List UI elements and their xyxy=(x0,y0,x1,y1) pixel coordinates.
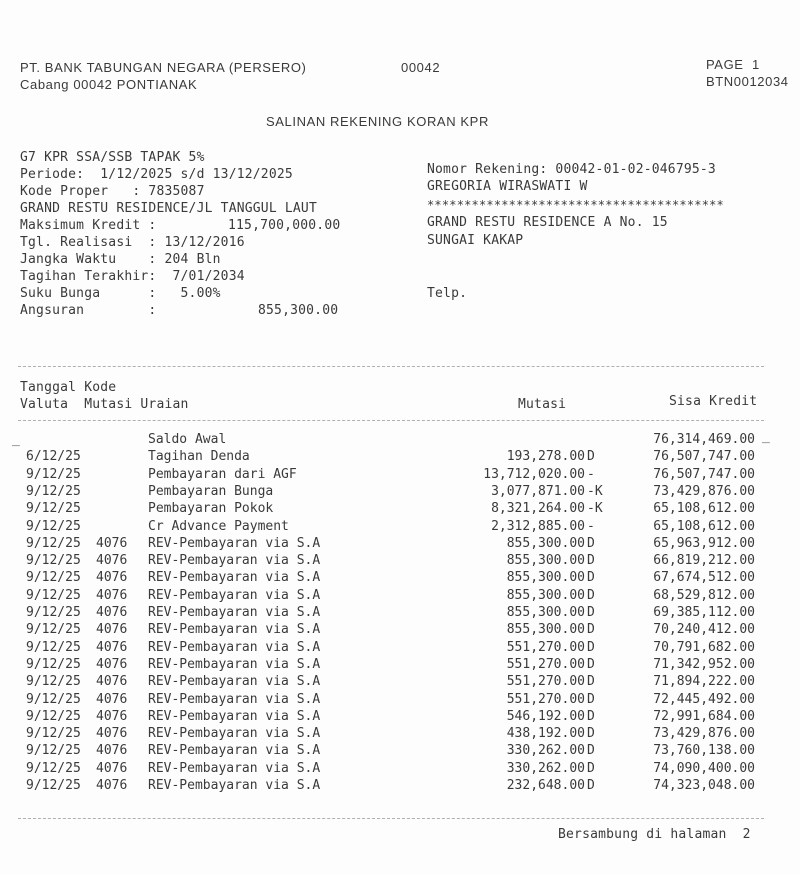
table-row: 9/12/25Pembayaran Pokok8,321,264.00-K65,… xyxy=(0,500,800,517)
transaction-date: 9/12/25 xyxy=(26,742,81,759)
remaining-balance: 74,090,400.00 xyxy=(653,760,755,777)
mutation-code: 4076 xyxy=(96,691,127,708)
mutation-code: 4076 xyxy=(96,639,127,656)
table-row: 9/12/254076REV-Pembayaran via S.A438,192… xyxy=(0,725,800,742)
transaction-description: REV-Pembayaran via S.A xyxy=(148,604,320,621)
page-number: PAGE 1 xyxy=(706,57,760,73)
mutation-flag: D xyxy=(587,656,595,673)
table-row: 9/12/254076REV-Pembayaran via S.A551,270… xyxy=(0,691,800,708)
mutation-flag: D xyxy=(587,569,595,586)
mutation-amount: 193,278.00 xyxy=(507,448,585,465)
transaction-date: 9/12/25 xyxy=(26,760,81,777)
remaining-balance: 65,108,612.00 xyxy=(653,518,755,535)
transaction-description: REV-Pembayaran via S.A xyxy=(148,621,320,638)
mutation-code: 4076 xyxy=(96,569,127,586)
table-row: 9/12/254076REV-Pembayaran via S.A330,262… xyxy=(0,742,800,759)
mutation-amount: 551,270.00 xyxy=(507,639,585,656)
branch-code: 00042 xyxy=(401,60,440,76)
mutation-amount: 855,300.00 xyxy=(507,621,585,638)
column-header-line1: Tanggal Kode xyxy=(20,380,116,396)
mutation-flag: -K xyxy=(587,483,603,500)
table-row: Saldo Awal76,314,469.00 xyxy=(0,431,800,448)
transaction-description: REV-Pembayaran via S.A xyxy=(148,673,320,690)
transaction-description: Pembayaran Pokok xyxy=(148,500,273,517)
bank-name: PT. BANK TABUNGAN NEGARA (PERSERO) xyxy=(20,60,306,76)
interest-rate: Suku Bunga : 5.00% xyxy=(20,286,221,302)
table-row: 9/12/254076REV-Pembayaran via S.A855,300… xyxy=(0,587,800,604)
remaining-balance: 67,674,512.00 xyxy=(653,569,755,586)
transaction-description: REV-Pembayaran via S.A xyxy=(148,639,320,656)
transaction-date: 9/12/25 xyxy=(26,535,81,552)
remaining-balance: 72,445,492.00 xyxy=(653,691,755,708)
address-line-1: GRAND RESTU RESIDENCE A No. 15 xyxy=(427,215,668,231)
column-header-line2: Valuta Mutasi Uraian xyxy=(20,397,189,413)
mutation-flag: -K xyxy=(587,500,603,517)
transaction-description: Pembayaran dari AGF xyxy=(148,466,297,483)
mutation-amount: 330,262.00 xyxy=(507,760,585,777)
transaction-description: REV-Pembayaran via S.A xyxy=(148,777,320,794)
transaction-date: 9/12/25 xyxy=(26,621,81,638)
realization-date: Tgl. Realisasi : 13/12/2016 xyxy=(20,235,245,251)
telephone-label: Telp. xyxy=(427,286,467,302)
mutation-code: 4076 xyxy=(96,760,127,777)
mutation-flag: D xyxy=(587,552,595,569)
transaction-date: 9/12/25 xyxy=(26,518,81,535)
mutation-amount: 855,300.00 xyxy=(507,587,585,604)
table-row: 9/12/254076REV-Pembayaran via S.A551,270… xyxy=(0,639,800,656)
table-row: 9/12/254076REV-Pembayaran via S.A855,300… xyxy=(0,569,800,586)
document-code: BTN0012034 xyxy=(706,74,789,90)
branch-name: Cabang 00042 PONTIANAK xyxy=(20,77,197,93)
mutation-flag: D xyxy=(587,708,595,725)
table-row: 9/12/254076REV-Pembayaran via S.A330,262… xyxy=(0,760,800,777)
mutation-code: 4076 xyxy=(96,725,127,742)
transaction-description: Pembayaran Bunga xyxy=(148,483,273,500)
remaining-balance: 74,323,048.00 xyxy=(653,777,755,794)
table-row: 9/12/254076REV-Pembayaran via S.A546,192… xyxy=(0,708,800,725)
remaining-balance: 65,963,912.00 xyxy=(653,535,755,552)
customer-name: GREGORIA WIRASWATI W xyxy=(427,179,588,195)
transaction-description: REV-Pembayaran via S.A xyxy=(148,691,320,708)
table-row: 9/12/254076REV-Pembayaran via S.A855,300… xyxy=(0,535,800,552)
table-row: 9/12/254076REV-Pembayaran via S.A551,270… xyxy=(0,656,800,673)
max-credit-value: 115,700,000.00 xyxy=(228,218,340,234)
remaining-balance: 65,108,612.00 xyxy=(653,500,755,517)
remaining-balance: 76,314,469.00 xyxy=(653,431,755,448)
mutation-amount: 855,300.00 xyxy=(507,604,585,621)
remaining-balance: 76,507,747.00 xyxy=(653,466,755,483)
mutation-flag: D xyxy=(587,691,595,708)
transaction-date: 9/12/25 xyxy=(26,708,81,725)
transaction-description: Saldo Awal xyxy=(148,431,226,448)
mutation-flag: - xyxy=(587,518,595,535)
page-title: SALINAN REKENING KORAN KPR xyxy=(266,114,489,130)
mutation-amount: 855,300.00 xyxy=(507,535,585,552)
transaction-date: 9/12/25 xyxy=(26,569,81,586)
table-row: 9/12/254076REV-Pembayaran via S.A855,300… xyxy=(0,552,800,569)
mutation-code: 4076 xyxy=(96,621,127,638)
separator-stars: **************************************** xyxy=(427,197,724,213)
mutation-code: 4076 xyxy=(96,742,127,759)
remaining-balance: 71,342,952.00 xyxy=(653,656,755,673)
mutation-amount: 855,300.00 xyxy=(507,569,585,586)
continued-note: Bersambung di halaman 2 xyxy=(558,827,751,843)
mutation-code: 4076 xyxy=(96,708,127,725)
mutation-amount: 13,712,020.00 xyxy=(483,466,585,483)
max-credit-label: Maksimum Kredit : xyxy=(20,218,156,234)
mutation-amount: 330,262.00 xyxy=(507,742,585,759)
remaining-balance: 68,529,812.00 xyxy=(653,587,755,604)
mutation-flag: D xyxy=(587,777,595,794)
transaction-date: 9/12/25 xyxy=(26,777,81,794)
column-header-mutasi: Mutasi xyxy=(518,397,566,413)
transaction-date: 9/12/25 xyxy=(26,691,81,708)
transaction-description: REV-Pembayaran via S.A xyxy=(148,587,320,604)
remaining-balance: 71,894,222.00 xyxy=(653,673,755,690)
mutation-amount: 232,648.00 xyxy=(507,777,585,794)
mutation-flag: - xyxy=(587,466,595,483)
mutation-code: 4076 xyxy=(96,604,127,621)
transaction-description: REV-Pembayaran via S.A xyxy=(148,535,320,552)
table-row: 9/12/254076REV-Pembayaran via S.A551,270… xyxy=(0,673,800,690)
divider-header xyxy=(18,420,764,421)
remaining-balance: 73,760,138.00 xyxy=(653,742,755,759)
transaction-description: REV-Pembayaran via S.A xyxy=(148,725,320,742)
mutation-code: 4076 xyxy=(96,673,127,690)
mutation-amount: 2,312,885.00 xyxy=(491,518,585,535)
remaining-balance: 70,240,412.00 xyxy=(653,621,755,638)
project-name: GRAND RESTU RESIDENCE/JL TANGGUL LAUT xyxy=(20,201,317,217)
mutation-flag: D xyxy=(587,725,595,742)
transaction-date: 9/12/25 xyxy=(26,725,81,742)
column-header-balance: Sisa Kredit xyxy=(669,394,757,410)
mutation-amount: 855,300.00 xyxy=(507,552,585,569)
address-line-2: SUNGAI KAKAP xyxy=(427,233,523,249)
installment-label: Angsuran : xyxy=(20,303,156,319)
mutation-amount: 551,270.00 xyxy=(507,656,585,673)
table-row: 9/12/254076REV-Pembayaran via S.A855,300… xyxy=(0,621,800,638)
transaction-date: 9/12/25 xyxy=(26,483,81,500)
mutation-flag: D xyxy=(587,621,595,638)
mutation-flag: D xyxy=(587,760,595,777)
mutation-flag: D xyxy=(587,673,595,690)
mutation-amount: 551,270.00 xyxy=(507,691,585,708)
mutation-code: 4076 xyxy=(96,656,127,673)
table-row: 9/12/25Cr Advance Payment2,312,885.00-65… xyxy=(0,518,800,535)
account-number: Nomor Rekening: 00042-01-02-046795-3 xyxy=(427,162,716,178)
remaining-balance: 66,819,212.00 xyxy=(653,552,755,569)
last-billing: Tagihan Terakhir: 7/01/2034 xyxy=(20,269,245,285)
remaining-balance: 72,991,684.00 xyxy=(653,708,755,725)
transaction-date: 9/12/25 xyxy=(26,500,81,517)
mutation-code: 4076 xyxy=(96,777,127,794)
mutation-flag: D xyxy=(587,604,595,621)
mutation-code: 4076 xyxy=(96,535,127,552)
mutation-amount: 551,270.00 xyxy=(507,673,585,690)
table-row: 6/12/25Tagihan Denda193,278.00D76,507,74… xyxy=(0,448,800,465)
table-row: 9/12/25Pembayaran Bunga3,077,871.00-K73,… xyxy=(0,483,800,500)
kode-proper: Kode Proper : 7835087 xyxy=(20,184,205,200)
loan-term: Jangka Waktu : 204 Bln xyxy=(20,252,221,268)
divider-bottom xyxy=(18,818,764,819)
period: Periode: 1/12/2025 s/d 13/12/2025 xyxy=(20,167,293,183)
divider-top xyxy=(18,366,764,367)
table-row: 9/12/254076REV-Pembayaran via S.A855,300… xyxy=(0,604,800,621)
mutation-flag: D xyxy=(587,587,595,604)
transaction-description: REV-Pembayaran via S.A xyxy=(148,708,320,725)
remaining-balance: 76,507,747.00 xyxy=(653,448,755,465)
mutation-amount: 546,192.00 xyxy=(507,708,585,725)
mutation-flag: D xyxy=(587,639,595,656)
remaining-balance: 70,791,682.00 xyxy=(653,639,755,656)
transaction-description: Cr Advance Payment xyxy=(148,518,289,535)
product-name: G7 KPR SSA/SSB TAPAK 5% xyxy=(20,150,205,166)
transaction-description: Tagihan Denda xyxy=(148,448,250,465)
mutation-amount: 3,077,871.00 xyxy=(491,483,585,500)
mutation-amount: 438,192.00 xyxy=(507,725,585,742)
transaction-date: 9/12/25 xyxy=(26,673,81,690)
table-row: 9/12/254076REV-Pembayaran via S.A232,648… xyxy=(0,777,800,794)
transaction-date: 9/12/25 xyxy=(26,656,81,673)
transaction-description: REV-Pembayaran via S.A xyxy=(148,569,320,586)
transaction-date: 9/12/25 xyxy=(26,552,81,569)
transaction-date: 9/12/25 xyxy=(26,639,81,656)
mutation-code: 4076 xyxy=(96,587,127,604)
mutation-code: 4076 xyxy=(96,552,127,569)
installment-value: 855,300.00 xyxy=(258,303,338,319)
mutation-flag: D xyxy=(587,448,595,465)
transaction-description: REV-Pembayaran via S.A xyxy=(148,552,320,569)
mutation-flag: D xyxy=(587,535,595,552)
transaction-date: 9/12/25 xyxy=(26,604,81,621)
remaining-balance: 73,429,876.00 xyxy=(653,483,755,500)
table-row: 9/12/25Pembayaran dari AGF13,712,020.00-… xyxy=(0,466,800,483)
transaction-date: 9/12/25 xyxy=(26,587,81,604)
transaction-date: 9/12/25 xyxy=(26,466,81,483)
remaining-balance: 73,429,876.00 xyxy=(653,725,755,742)
mutation-amount: 8,321,264.00 xyxy=(491,500,585,517)
transaction-date: 6/12/25 xyxy=(26,448,81,465)
remaining-balance: 69,385,112.00 xyxy=(653,604,755,621)
transaction-description: REV-Pembayaran via S.A xyxy=(148,760,320,777)
transaction-description: REV-Pembayaran via S.A xyxy=(148,742,320,759)
transaction-description: REV-Pembayaran via S.A xyxy=(148,656,320,673)
mutation-flag: D xyxy=(587,742,595,759)
